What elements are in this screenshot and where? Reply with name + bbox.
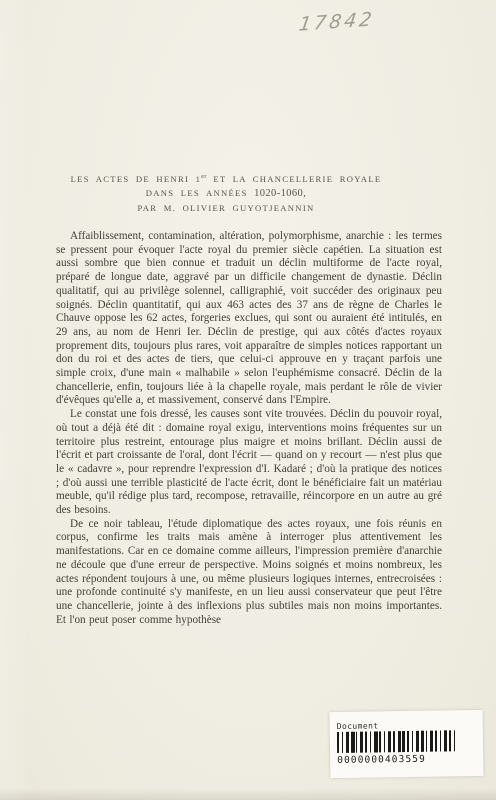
heading-title-line-1: LES ACTES DE HENRI 1er ET LA CHANCELLERI…: [0, 170, 452, 186]
paragraph-2: Le constat une fois dressé, les causes s…: [56, 408, 442, 518]
heading-years-prefix: DANS LES ANNÉES: [146, 188, 254, 198]
paragraph-3: De ce noir tableau, l'étude diplomatique…: [56, 518, 442, 628]
barcode-number: 0000000403559: [337, 753, 483, 766]
barcode-icon: [337, 730, 457, 753]
heading-years: 1020-1060,: [254, 188, 306, 199]
heading-title-line-2: DANS LES ANNÉES 1020-1060,: [0, 186, 452, 201]
article-body: Affaiblissement, contamination, altérati…: [56, 230, 442, 627]
barcode-sticker: Document 0000000403559: [330, 710, 484, 778]
heading-title-text: LES ACTES DE HENRI 1: [71, 174, 202, 184]
paragraph-1: Affaiblissement, contamination, altérati…: [56, 230, 442, 408]
heading-author-line: PAR M. OLIVIER GUYOTJEANNIN: [0, 201, 452, 215]
article-heading: LES ACTES DE HENRI 1er ET LA CHANCELLERI…: [0, 170, 452, 215]
barcode-sticker-label: Document: [337, 720, 483, 731]
scanned-document-page: 17842 LES ACTES DE HENRI 1er ET LA CHANC…: [0, 0, 496, 800]
handwritten-accession-number: 17842: [298, 8, 376, 36]
heading-title-rest: ET LA CHANCELLERIE ROYALE: [207, 174, 382, 184]
